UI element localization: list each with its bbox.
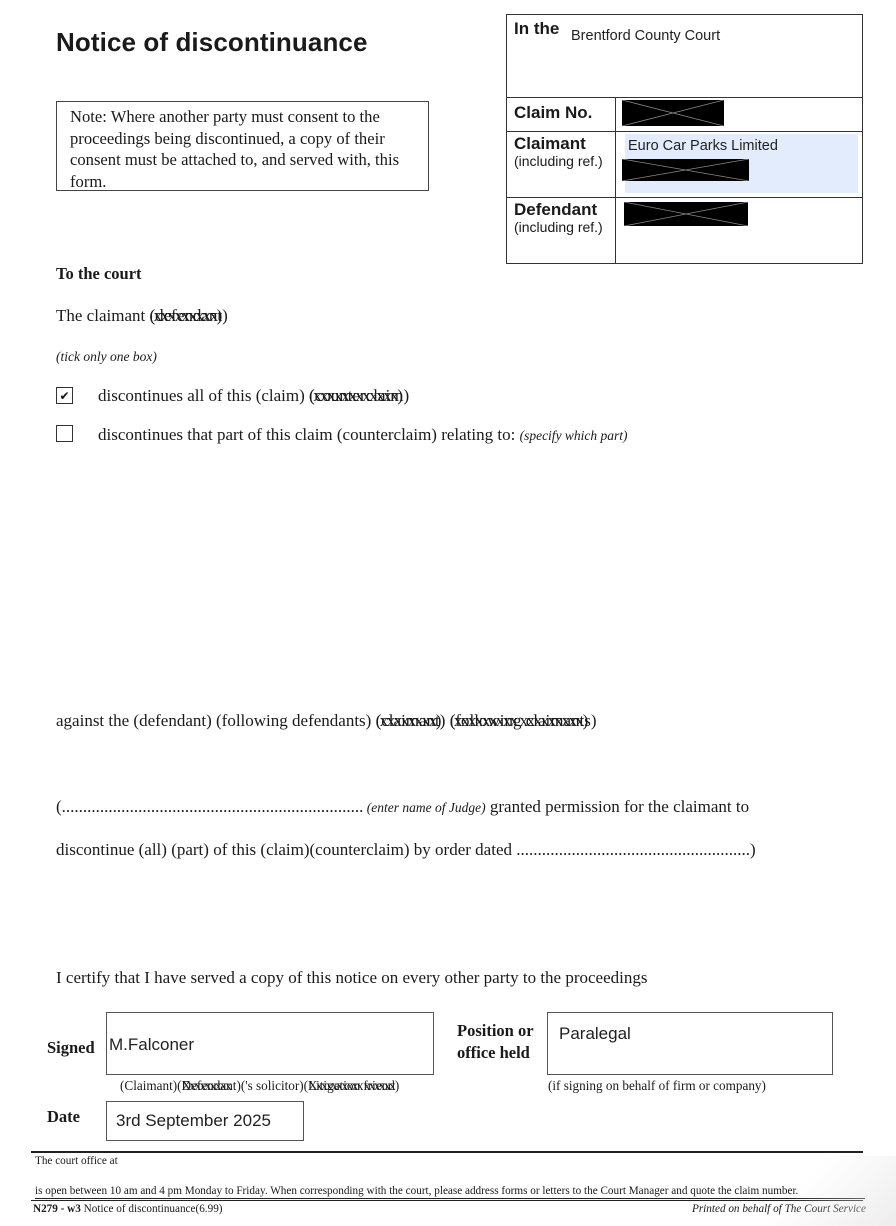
to-court-heading: To the court xyxy=(56,264,142,284)
struck-following-claimants: (following claimants)(xxxxxxxxx xxxxxxxx… xyxy=(450,711,597,731)
position-field[interactable]: Paralegal xyxy=(547,1012,833,1075)
strike-overlay: Xxxxxxxxxx xxxxxx xyxy=(308,1078,394,1094)
signature-field[interactable]: M.Falconer xyxy=(106,1012,434,1075)
signer-role: (Claimant)(DefendantXxxxxxxxx)('s solici… xyxy=(120,1078,399,1094)
consent-note: Note: Where another party must consent t… xyxy=(56,101,429,191)
page-title: Notice of discontinuance xyxy=(56,27,368,58)
judge-hint: (enter name of Judge) xyxy=(363,800,485,815)
option-text: discontinues that part of this claim (co… xyxy=(98,425,520,444)
signed-label: Signed xyxy=(47,1038,95,1058)
strike-overlay: Xxxxxxxxx xyxy=(182,1078,231,1094)
role-text: (Claimant)( xyxy=(120,1078,182,1093)
claimant-name: Euro Car Parks Limited xyxy=(628,138,778,154)
struck-counterclaim: (counterclaim)(xxxxxxxxxxxx) xyxy=(309,386,409,406)
court-hours-text: is open between 10 am and 4 pm Monday to… xyxy=(35,1185,865,1199)
court-office-label: The court office at xyxy=(35,1155,118,1167)
party-prefix: The claimant xyxy=(56,306,149,325)
defendant-label: Defendant xyxy=(514,200,615,219)
claim-no-label-cell: Claim No. xyxy=(507,98,616,131)
order-date-blank[interactable]: ........................................… xyxy=(516,840,755,859)
form-name: Notice of discontinuance(6.99) xyxy=(81,1203,223,1215)
date-field[interactable]: 3rd September 2025 xyxy=(106,1101,304,1141)
party-statement: The claimant (defendant)(xxxxxxxxx) xyxy=(56,306,228,326)
court-name-field[interactable]: Brentford County Court xyxy=(571,28,720,44)
option-discontinue-part-label: discontinues that part of this claim (co… xyxy=(98,425,628,445)
role-text: ) xyxy=(395,1078,399,1093)
role-text: )('s solicitor)( xyxy=(236,1078,308,1093)
claimant-field[interactable]: Euro Car Parks Limited xyxy=(616,132,862,197)
claimant-label: Claimant xyxy=(514,134,615,153)
signature-value: M.Falconer xyxy=(109,1035,194,1054)
date-label: Date xyxy=(47,1107,80,1127)
struck-defendant: (defendant)(xxxxxxxxx) xyxy=(149,306,227,326)
strike-overlay: (xxxxxxxxxxxx) xyxy=(309,386,401,406)
in-the-label: In the xyxy=(514,19,559,38)
discontinue-all-checkbox[interactable]: ✔ xyxy=(56,387,73,404)
struck-claimant: (claimant)(xxxxxxxx) xyxy=(376,711,446,731)
claim-no-label: Claim No. xyxy=(514,103,592,122)
defendant-row: Defendant (including ref.) xyxy=(507,198,862,264)
certify-statement: I certify that I have served a copy of t… xyxy=(56,968,647,988)
position-label-line1: Position or xyxy=(457,1020,534,1042)
strike-overlay: (xxxxxxxx) xyxy=(376,711,440,731)
claimant-label-cell: Claimant (including ref.) xyxy=(507,132,616,197)
claimant-sublabel: (including ref.) xyxy=(514,153,615,169)
struck-role-litigation-friend: Litigation friendXxxxxxxxxx xxxxxx xyxy=(308,1078,395,1094)
printed-by: Printed on behalf of The Court Service xyxy=(692,1203,866,1215)
form-code: N279 - w3 Notice of discontinuance(6.99) xyxy=(33,1203,223,1215)
footer-divider xyxy=(31,1151,863,1153)
option-discontinue-all: ✔ xyxy=(56,387,73,404)
against-text: against the (defendant) (following defen… xyxy=(56,711,376,730)
judge-name-blank[interactable]: (.......................................… xyxy=(56,797,363,816)
permission-text: granted permission for the claimant to xyxy=(486,797,749,816)
permission-line-1: (.......................................… xyxy=(56,797,749,817)
position-label-line2: office held xyxy=(457,1042,534,1064)
option-text: discontinues all of this (claim) xyxy=(98,386,309,405)
date-value: 3rd September 2025 xyxy=(116,1111,271,1130)
position-hint: (if signing on behalf of firm or company… xyxy=(548,1078,766,1094)
court-row: In the Brentford County Court xyxy=(507,15,862,98)
discontinue-part-checkbox[interactable] xyxy=(56,425,73,442)
option-discontinue-part xyxy=(56,425,73,442)
claim-no-row: Claim No. xyxy=(507,98,862,132)
redaction-block xyxy=(624,202,748,226)
option-discontinue-all-label: discontinues all of this (claim) (counte… xyxy=(98,386,409,406)
strike-overlay: (xxxxxxxxx xxxxxxxxx) xyxy=(450,711,587,731)
tick-hint: (tick only one box) xyxy=(56,349,157,365)
defendant-sublabel: (including ref.) xyxy=(514,219,615,235)
position-label: Position or office held xyxy=(457,1020,534,1064)
position-value: Paralegal xyxy=(559,1024,631,1043)
specify-part-field[interactable] xyxy=(98,452,858,692)
redaction-block xyxy=(622,159,749,181)
claim-no-field[interactable] xyxy=(616,98,862,131)
form-number: N279 - w3 xyxy=(33,1203,81,1215)
case-header-table: In the Brentford County Court Claim No. … xyxy=(506,14,863,264)
footer-divider-2 xyxy=(31,1200,863,1201)
defendant-field[interactable] xyxy=(616,198,862,264)
permission-line-2: discontinue (all) (part) of this (claim)… xyxy=(56,840,756,860)
struck-role-defendant: DefendantXxxxxxxxx xyxy=(182,1078,237,1094)
specify-hint: (specify which part) xyxy=(520,428,628,443)
strike-overlay: (xxxxxxxxx) xyxy=(149,306,220,326)
claimant-row: Claimant (including ref.) Euro Car Parks… xyxy=(507,132,862,198)
redaction-block xyxy=(622,100,724,126)
against-statement: against the (defendant) (following defen… xyxy=(56,711,597,731)
defendant-label-cell: Defendant (including ref.) xyxy=(507,198,616,264)
permission-text-2: discontinue (all) (part) of this (claim)… xyxy=(56,840,516,859)
